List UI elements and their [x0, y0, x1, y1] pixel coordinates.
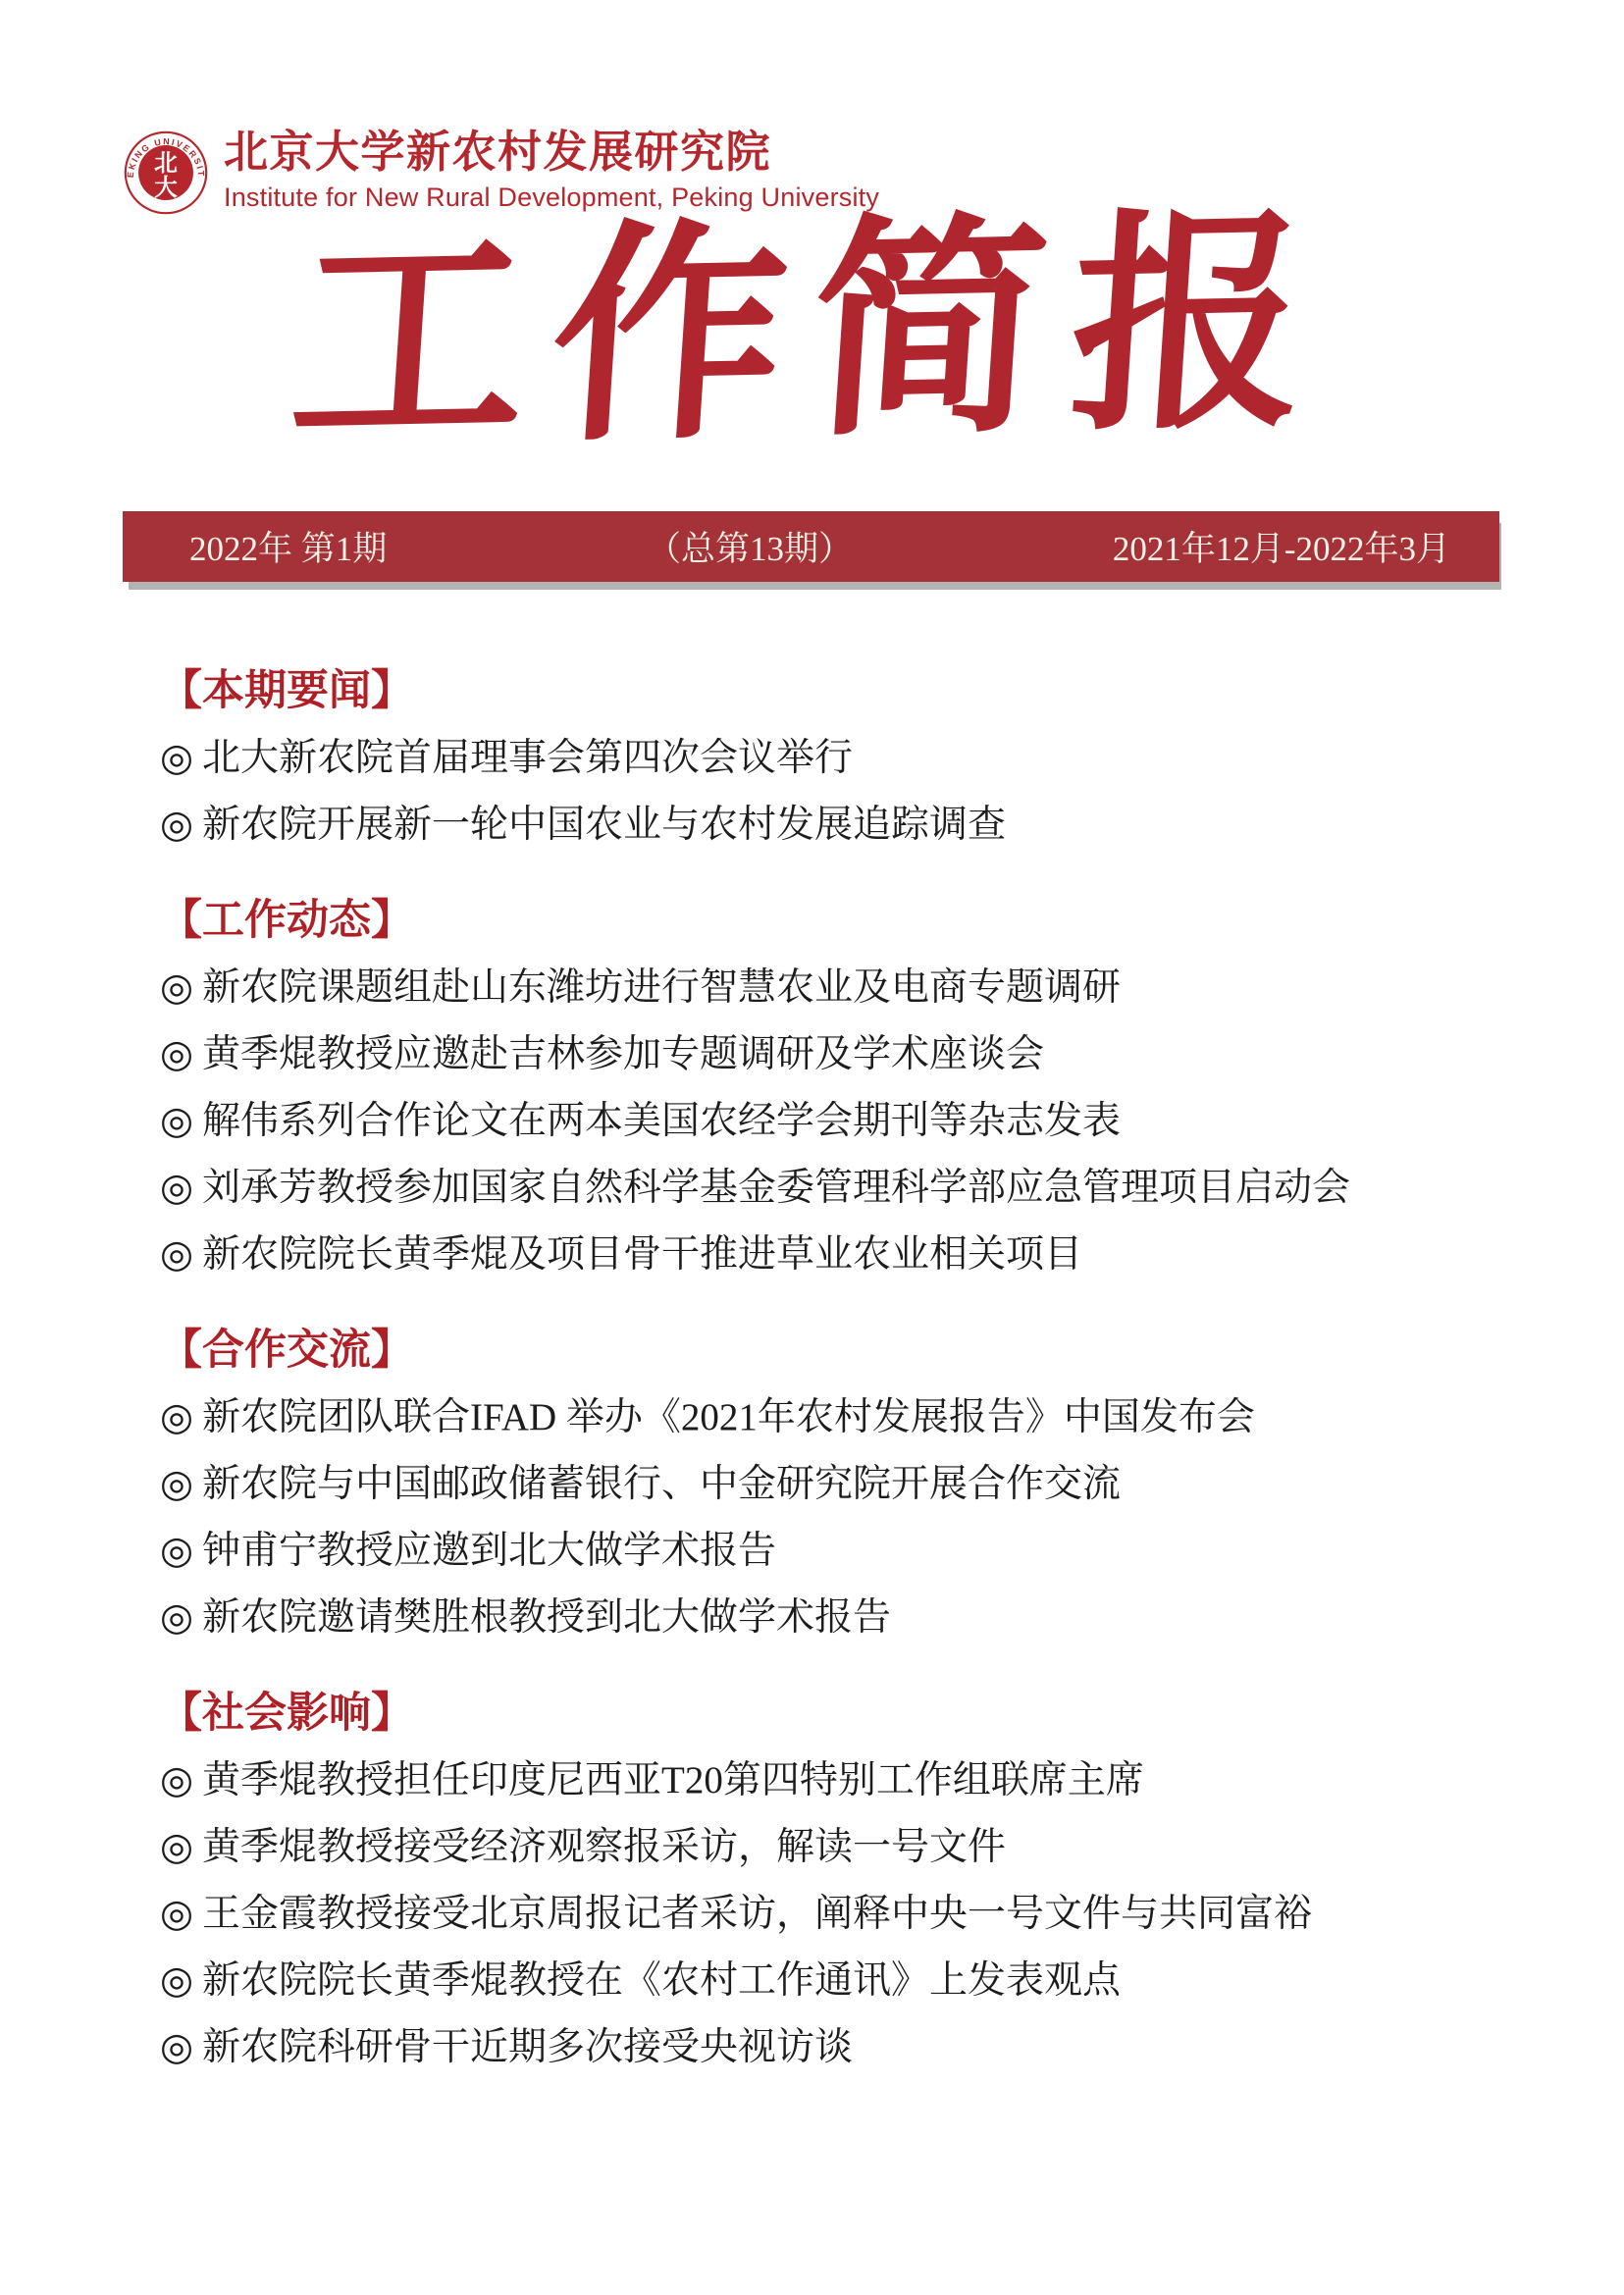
bullet-icon: ◎ — [160, 1464, 193, 1505]
cumulative-issue-number: （总第13期） — [647, 522, 853, 571]
section-title: 【工作动态】 — [160, 900, 1553, 942]
list-item: ◎ 新农院课题组赴山东潍坊进行智慧农业及电商专题调研 — [160, 967, 1553, 1009]
list-item: ◎ 新农院开展新一轮中国农业与农村发展追踪调查 — [160, 805, 1553, 846]
bullet-icon: ◎ — [160, 1101, 193, 1142]
list-item-text: 新农院与中国邮政储蓄银行、中金研究院开展合作交流 — [202, 1464, 1121, 1505]
bullet-icon: ◎ — [160, 1894, 193, 1935]
list-item: ◎ 黄季焜教授担任印度尼西亚T20第四特别工作组联席主席 — [160, 1760, 1553, 1801]
list-item: ◎ 黄季焜教授接受经济观察报采访，解读一号文件 — [160, 1827, 1553, 1868]
seal-char-top: 北 — [154, 149, 178, 177]
bullet-icon: ◎ — [160, 1397, 193, 1438]
bullet-icon: ◎ — [160, 2027, 193, 2068]
bullet-icon: ◎ — [160, 1760, 193, 1801]
institute-name-cn: 北京大学新农村发展研究院 — [224, 129, 879, 176]
list-item: ◎ 黄季焜教授应邀赴吉林参加专题调研及学术座谈会 — [160, 1034, 1553, 1075]
section-cooperation-exchange: 【合作交流】 ◎ 新农院团队联合IFAD 举办《2021年农村发展报告》中国发布… — [160, 1330, 1553, 1639]
bulletin-page: PEKING UNIVERSITY 1898 北 大 北京大学新农村发展研究院 … — [0, 0, 1624, 2295]
list-item: ◎ 新农院科研骨干近期多次接受央视访谈 — [160, 2027, 1553, 2068]
list-item: ◎ 解伟系列合作论文在两本美国农经学会期刊等杂志发表 — [160, 1101, 1553, 1142]
list-item: ◎ 钟甫宁教授应邀到北大做学术报告 — [160, 1531, 1553, 1572]
list-item-text: 王金霞教授接受北京周报记者采访，阐释中央一号文件与共同富裕 — [202, 1894, 1312, 1935]
list-item-text: 北大新农院首届理事会第四次会议举行 — [202, 738, 853, 779]
list-item-text: 新农院课题组赴山东潍坊进行智慧农业及电商专题调研 — [202, 967, 1121, 1009]
list-item-text: 新农院院长黄季焜及项目骨干推进草业农业相关项目 — [202, 1234, 1082, 1276]
list-item-text: 新农院邀请樊胜根教授到北大做学术报告 — [202, 1597, 891, 1639]
list-item-text: 新农院开展新一轮中国农业与农村发展追踪调查 — [202, 805, 1006, 846]
section-title: 【合作交流】 — [160, 1330, 1553, 1372]
bullet-icon: ◎ — [160, 1827, 193, 1868]
list-item-text: 新农院科研骨干近期多次接受央视访谈 — [202, 2027, 853, 2068]
bullet-icon: ◎ — [160, 1960, 193, 2002]
issue-banner: 2022年 第1期 （总第13期） 2021年12月-2022年3月 — [123, 511, 1499, 582]
list-item-text: 黄季焜教授接受经济观察报采访，解读一号文件 — [202, 1827, 1006, 1868]
issue-number: 2022年 第1期 — [189, 522, 387, 571]
list-item-text: 刘承芳教授参加国家自然科学基金委管理科学部应急管理项目启动会 — [202, 1168, 1350, 1209]
bullet-icon: ◎ — [160, 1531, 193, 1572]
list-item: ◎ 新农院团队联合IFAD 举办《2021年农村发展报告》中国发布会 — [160, 1397, 1553, 1438]
list-item-text: 钟甫宁教授应邀到北大做学术报告 — [202, 1531, 776, 1572]
bullet-icon: ◎ — [160, 1168, 193, 1209]
list-item-text: 新农院团队联合IFAD 举办《2021年农村发展报告》中国发布会 — [202, 1397, 1255, 1438]
seal-char-bottom: 大 — [154, 174, 178, 201]
bullet-icon: ◎ — [160, 1597, 193, 1639]
list-item: ◎ 刘承芳教授参加国家自然科学基金委管理科学部应急管理项目启动会 — [160, 1168, 1553, 1209]
bulletin-title-calligraphy: 工作简报 — [0, 187, 1624, 478]
bullet-icon: ◎ — [160, 738, 193, 779]
list-item-text: 黄季焜教授应邀赴吉林参加专题调研及学术座谈会 — [202, 1034, 1044, 1075]
pku-seal-icon: PEKING UNIVERSITY 1898 北 大 — [124, 130, 208, 215]
list-item-text: 新农院院长黄季焜教授在《农村工作通讯》上发表观点 — [202, 1960, 1121, 2002]
list-item: ◎ 新农院院长黄季焜教授在《农村工作通讯》上发表观点 — [160, 1960, 1553, 2002]
section-title: 【本期要闻】 — [160, 670, 1553, 712]
section-highlights: 【本期要闻】 ◎ 北大新农院首届理事会第四次会议举行 ◎ 新农院开展新一轮中国农… — [160, 670, 1553, 846]
contents-list: 【本期要闻】 ◎ 北大新农院首届理事会第四次会议举行 ◎ 新农院开展新一轮中国农… — [160, 663, 1553, 2068]
list-item: ◎ 北大新农院首届理事会第四次会议举行 — [160, 738, 1553, 779]
bullet-icon: ◎ — [160, 805, 193, 846]
section-work-updates: 【工作动态】 ◎ 新农院课题组赴山东潍坊进行智慧农业及电商专题调研 ◎ 黄季焜教… — [160, 900, 1553, 1276]
list-item: ◎ 王金霞教授接受北京周报记者采访，阐释中央一号文件与共同富裕 — [160, 1894, 1553, 1935]
list-item: ◎ 新农院邀请樊胜根教授到北大做学术报告 — [160, 1597, 1553, 1639]
bullet-icon: ◎ — [160, 1234, 193, 1276]
issue-period: 2021年12月-2022年3月 — [1113, 522, 1450, 571]
list-item: ◎ 新农院与中国邮政储蓄银行、中金研究院开展合作交流 — [160, 1464, 1553, 1505]
section-social-impact: 【社会影响】 ◎ 黄季焜教授担任印度尼西亚T20第四特别工作组联席主席 ◎ 黄季… — [160, 1693, 1553, 2068]
list-item: ◎ 新农院院长黄季焜及项目骨干推进草业农业相关项目 — [160, 1234, 1553, 1276]
bullet-icon: ◎ — [160, 967, 193, 1009]
section-title: 【社会影响】 — [160, 1693, 1553, 1735]
list-item-text: 黄季焜教授担任印度尼西亚T20第四特别工作组联席主席 — [202, 1760, 1144, 1801]
list-item-text: 解伟系列合作论文在两本美国农经学会期刊等杂志发表 — [202, 1101, 1121, 1142]
bullet-icon: ◎ — [160, 1034, 193, 1075]
